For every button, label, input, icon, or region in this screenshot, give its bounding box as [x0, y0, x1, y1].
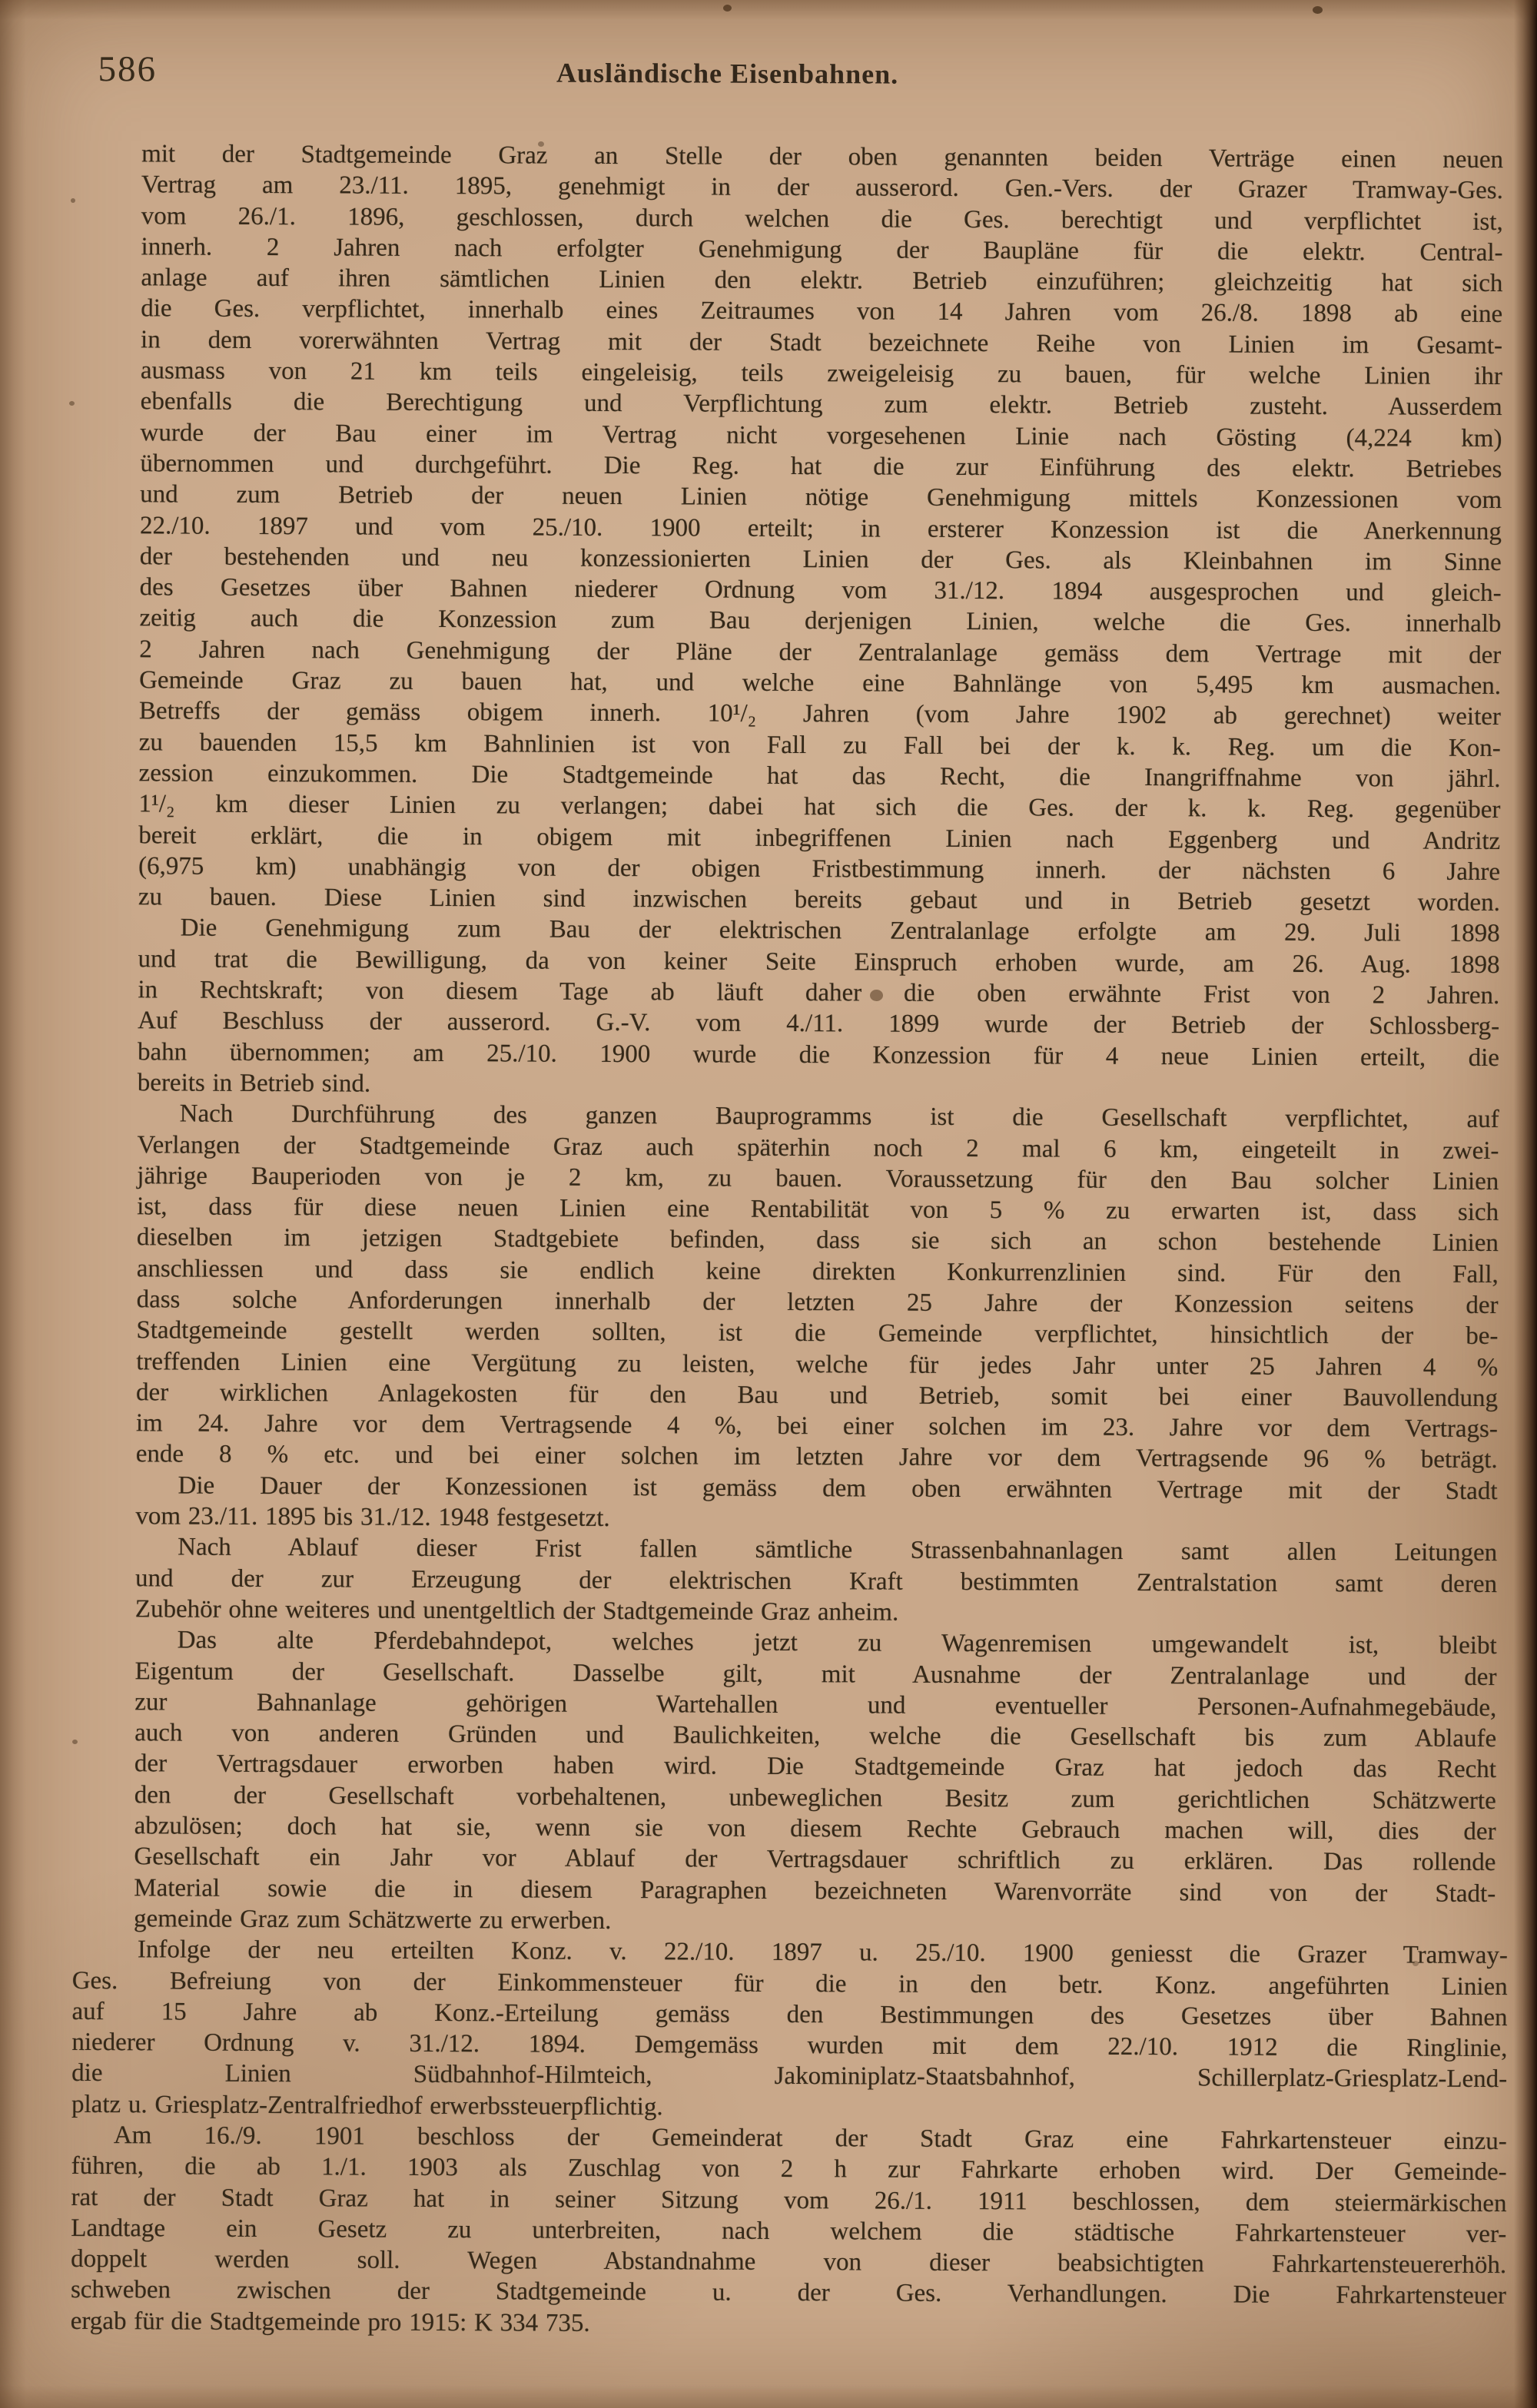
- scanned-content: 586 Ausländische Eisenbahnen. mit der St…: [0, 0, 1537, 2408]
- text-line: 1¹/₂ km dieser Linien zu verlangen; dabe…: [138, 789, 1500, 826]
- page-bottom-shadow: [0, 2385, 1537, 2408]
- text-line: Gesellschaft ein Jahr vor Ablauf der Ver…: [134, 1842, 1496, 1879]
- paragraph: Das alte Pferdebahndepot, welches jetzt …: [134, 1625, 1497, 1941]
- page-number: 586: [98, 48, 157, 90]
- book-page: 586 Ausländische Eisenbahnen. mit der St…: [0, 0, 1537, 2408]
- paragraph: mit der Stadtgemeinde Graz an Stelle der…: [138, 138, 1503, 918]
- paper-speck: [870, 990, 883, 1001]
- page-left-shadow: [0, 0, 26, 2408]
- page-right-shadow: [1514, 0, 1537, 2408]
- paragraph: Am 16./9. 1901 beschloss der Gemeinderat…: [71, 2120, 1507, 2343]
- text-line: ergab für die Stadtgemeinde pro 1915: K …: [71, 2306, 1506, 2343]
- body-text: mit der Stadtgemeinde Graz an Stelle der…: [132, 138, 1503, 2343]
- paragraph: Infolge der neu erteilten Konz. v. 22./1…: [71, 1934, 1508, 2126]
- paper-speck: [538, 141, 544, 147]
- paper-speck: [1413, 1961, 1419, 1966]
- paragraph: Nach Ablauf dieser Frist fallen sämtlich…: [135, 1532, 1498, 1631]
- paper-speck: [72, 1740, 78, 1744]
- running-header: Ausländische Eisenbahnen.: [556, 57, 898, 91]
- text-line: und zum Betrieb der neuen Linien nötige …: [140, 479, 1502, 516]
- paragraph: Die Dauer der Konzessionen ist gemäss de…: [135, 1470, 1497, 1537]
- text-line: Vertrag am 23./11. 1895, genehmigt in de…: [141, 170, 1503, 207]
- paper-speck: [71, 198, 75, 203]
- paper-speck: [69, 401, 75, 406]
- text-line: Das alte Pferdebahndepot, welches jetzt …: [135, 1625, 1497, 1662]
- page-top-shadow: [0, 0, 1537, 20]
- text-line: Stadtgemeinde gestellt werden sollten, i…: [136, 1315, 1498, 1352]
- paragraph: Die Genehmigung zum Bau der elektrischen…: [138, 913, 1500, 1105]
- text-line: Auf Beschluss der ausserord. G.-V. vom 4…: [138, 1006, 1499, 1043]
- text-line: Nach Durchführung des ganzen Bauprogramm…: [138, 1099, 1499, 1136]
- paragraph: Nach Durchführung des ganzen Bauprogramm…: [136, 1099, 1499, 1476]
